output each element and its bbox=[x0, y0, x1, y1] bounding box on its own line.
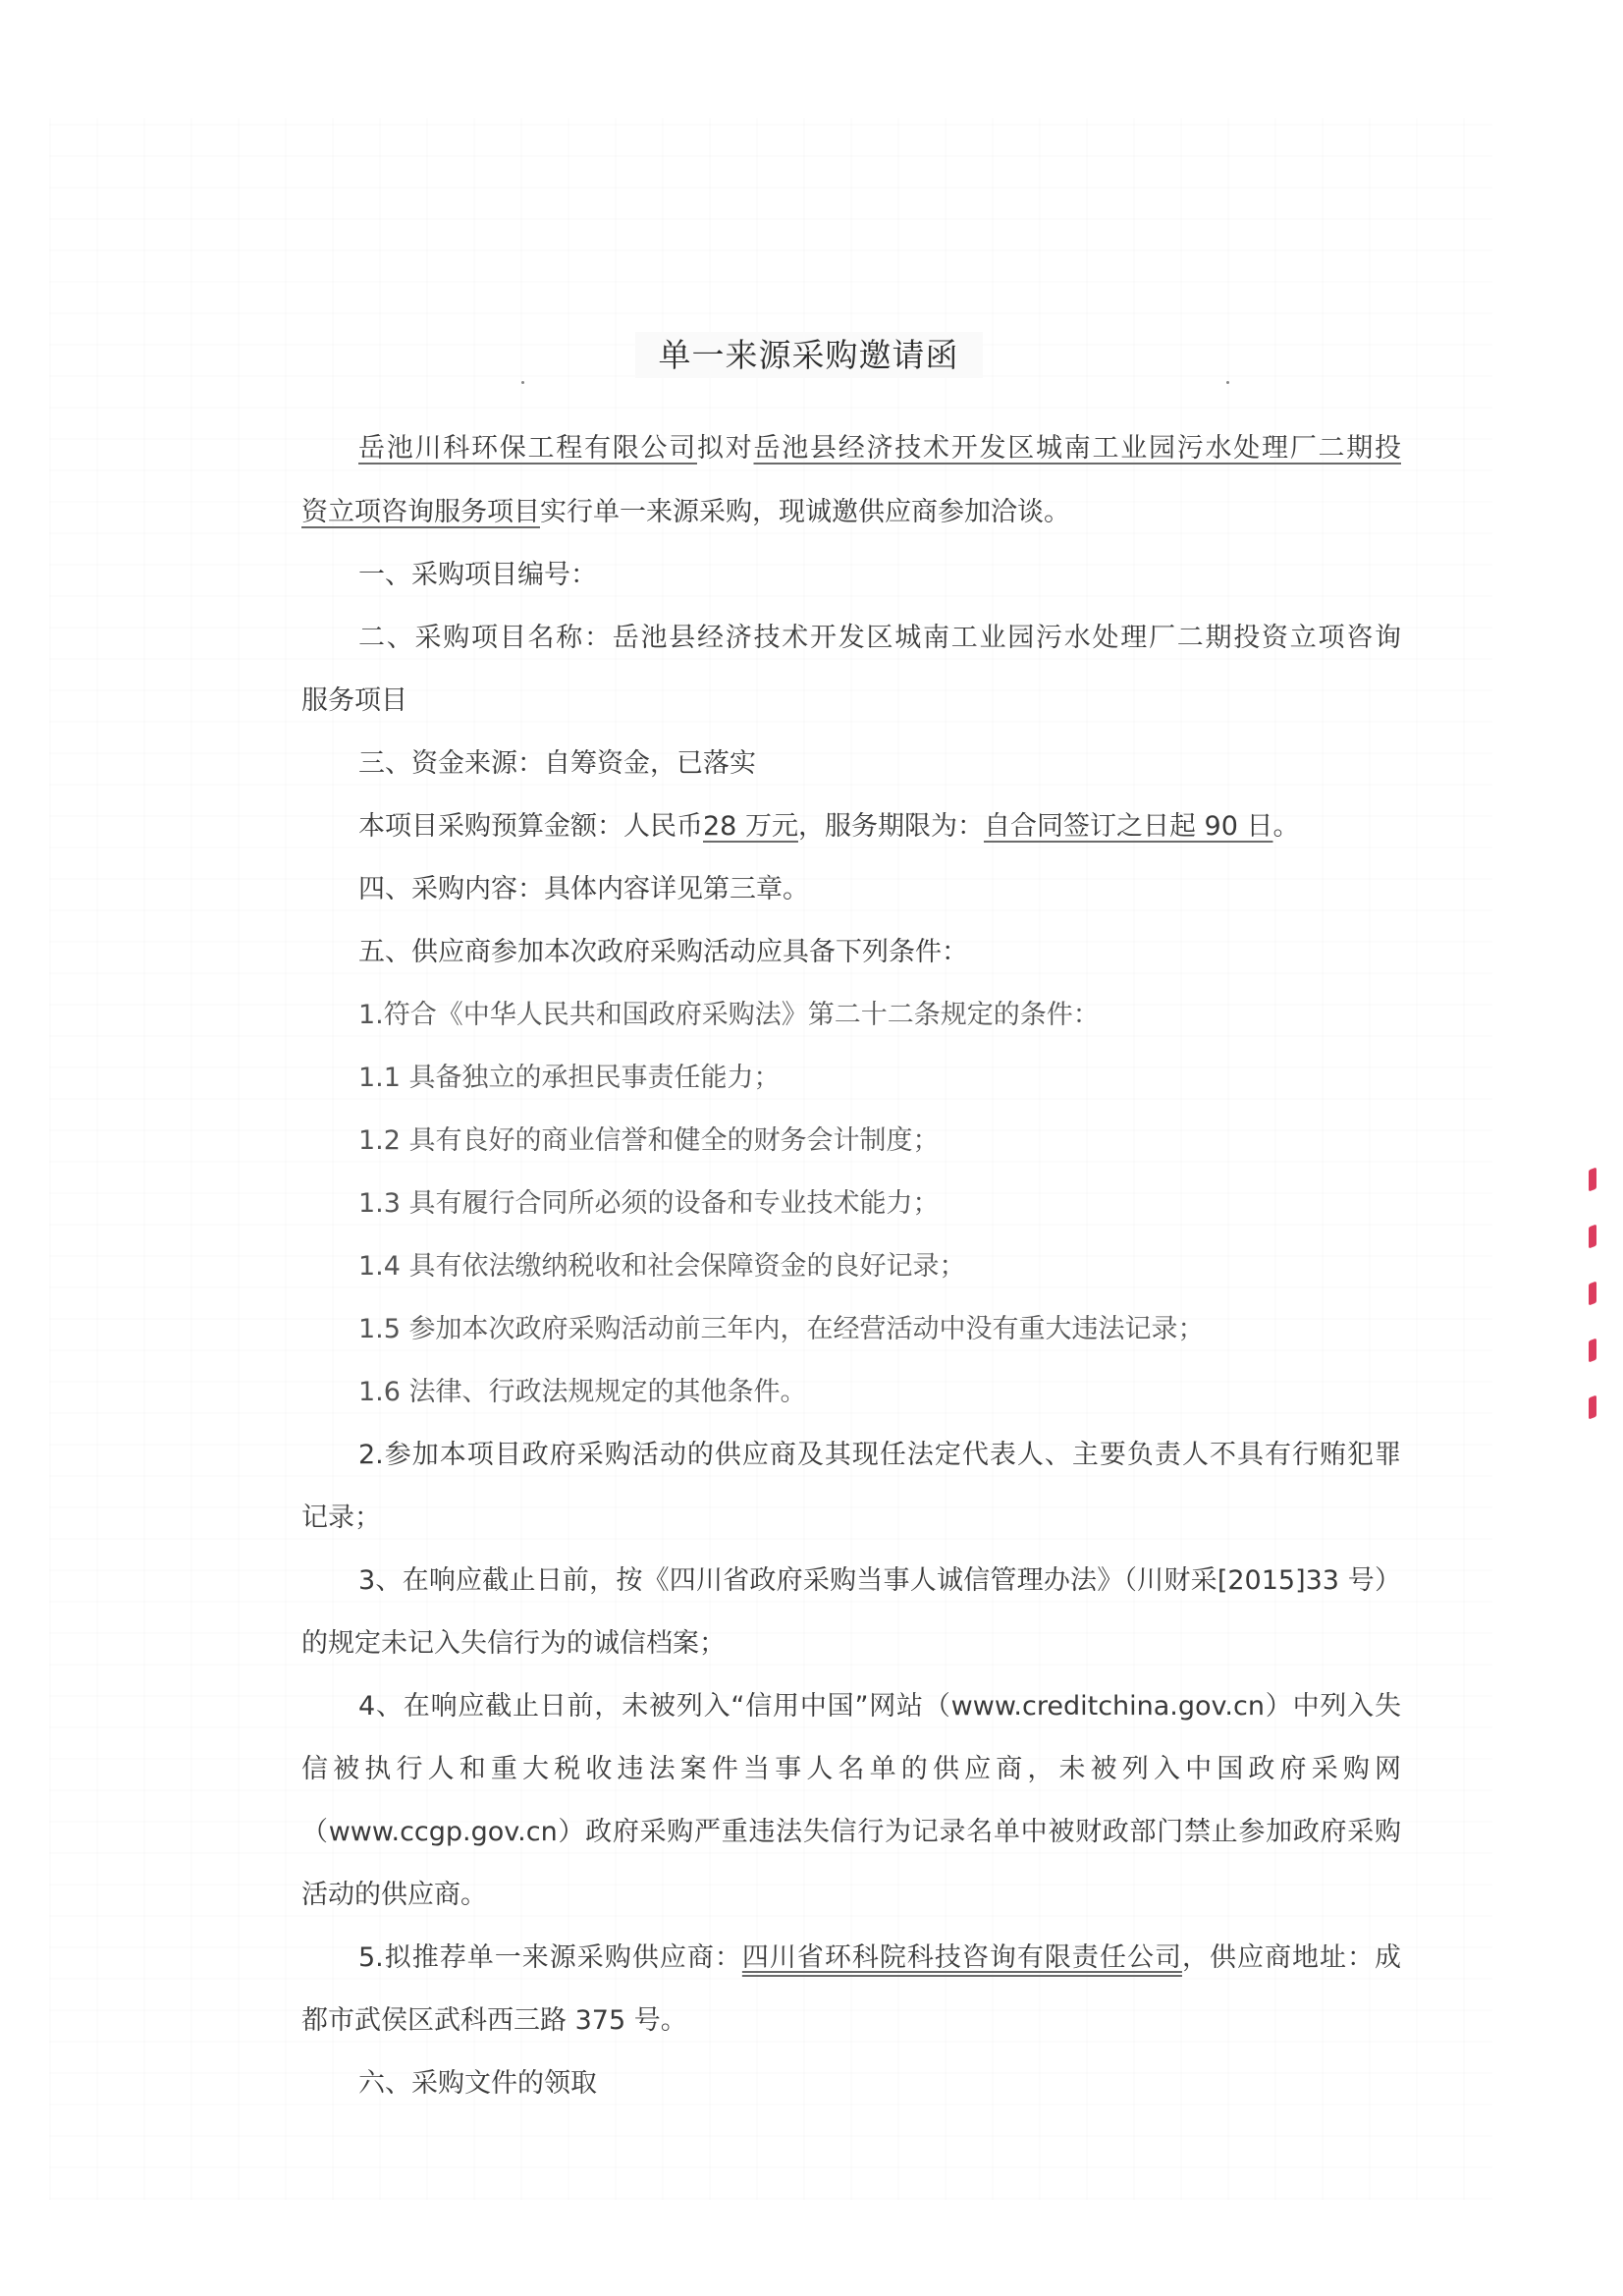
condition-4-line2: 信被执行人和重大税收违法案件当事人名单的供应商，未被列入中国政府采购网 bbox=[301, 1750, 1401, 1789]
project-name-part2: 资立项咨询服务项目 bbox=[301, 497, 540, 527]
section-1-project-number: 一、采购项目编号： bbox=[358, 556, 597, 595]
condition-4-line3: （www.ccgp.gov.cn）政府采购严重违法失信行为记录名单中被财政部门禁… bbox=[301, 1813, 1401, 1852]
section-5-conditions: 五、供应商参加本次政府采购活动应具备下列条件： bbox=[358, 933, 968, 972]
condition-1-2: 1.2 具有良好的商业信誉和健全的财务会计制度； bbox=[358, 1121, 940, 1161]
section-6-document-collection: 六、采购文件的领取 bbox=[358, 2064, 597, 2104]
condition-4-line4: 活动的供应商。 bbox=[301, 1876, 487, 1915]
condition-1-3: 1.3 具有履行合同所必须的设备和专业技术能力； bbox=[358, 1184, 940, 1224]
budget-end: 。 bbox=[1272, 811, 1299, 842]
condition-5-line2: 都市武侯区武科西三路 375 号。 bbox=[301, 2001, 687, 2041]
condition-1-1: 1.1 具备独立的承担民事责任能力； bbox=[358, 1059, 781, 1098]
condition-4-line1: 4、在响应截止日前，未被列入“信用中国”网站（www.creditchina.g… bbox=[358, 1687, 1401, 1726]
stamp-mark bbox=[1589, 1395, 1596, 1420]
seal-stamp-edge bbox=[1589, 1169, 1602, 1418]
intro-line-2: 资立项咨询服务项目实行单一来源采购，现诚邀供应商参加洽谈。 bbox=[301, 493, 1070, 532]
intro-connector: 拟对 bbox=[697, 433, 754, 464]
stamp-mark bbox=[1589, 1225, 1596, 1249]
budget-amount: 28 万元 bbox=[703, 811, 798, 842]
section-4-content: 四、采购内容：具体内容详见第三章。 bbox=[358, 870, 809, 909]
document-title: 单一来源采购邀请函 bbox=[0, 330, 1623, 376]
condition-3-line2: 的规定未记入失信行为的诚信档案； bbox=[301, 1624, 726, 1664]
condition-1-6: 1.6 法律、行政法规规定的其他条件。 bbox=[358, 1373, 807, 1412]
supplier-address-label: ，供应商地址：成 bbox=[1182, 1942, 1401, 1973]
service-period: 自合同签订之日起 90 日 bbox=[984, 811, 1273, 842]
condition-1-5: 1.5 参加本次政府采购活动前三年内，在经营活动中没有重大违法记录； bbox=[358, 1310, 1205, 1349]
intro-rest: 实行单一来源采购，现诚邀供应商参加洽谈。 bbox=[540, 497, 1070, 527]
section-3-funding: 三、资金来源：自筹资金，已落实 bbox=[358, 744, 756, 784]
section-2-project-name-line2: 服务项目 bbox=[301, 682, 407, 721]
stamp-mark bbox=[1589, 1282, 1596, 1306]
intro-line-1: 岳池川科环保工程有限公司拟对岳池县经济技术开发区城南工业园污水处理厂二期投 bbox=[358, 429, 1401, 468]
scan-dot bbox=[521, 381, 524, 384]
title-text: 单一来源采购邀请函 bbox=[635, 332, 983, 378]
condition-5-line1: 5.拟推荐单一来源采购供应商：四川省环科院科技咨询有限责任公司，供应商地址：成 bbox=[358, 1939, 1401, 1978]
stamp-mark bbox=[1589, 1339, 1596, 1363]
stamp-mark bbox=[1589, 1168, 1596, 1192]
condition-2-line2: 记录； bbox=[301, 1499, 381, 1538]
purchaser-name: 岳池川科环保工程有限公司 bbox=[358, 433, 697, 464]
condition-2-line1: 2.参加本项目政府采购活动的供应商及其现任法定代表人、主要负责人不具有行贿犯罪 bbox=[358, 1436, 1401, 1475]
supplier-name: 四川省环科院科技咨询有限责任公司 bbox=[742, 1942, 1182, 1973]
condition-1: 1.符合《中华人民共和国政府采购法》第二十二条规定的条件： bbox=[358, 996, 1100, 1035]
budget-mid: ，服务期限为： bbox=[798, 811, 984, 842]
condition-3-line1: 3、在响应截止日前，按《四川省政府采购当事人诚信管理办法》（川财采[2015]3… bbox=[358, 1561, 1401, 1601]
document-page: 单一来源采购邀请函 岳池川科环保工程有限公司拟对岳池县经济技术开发区城南工业园污… bbox=[0, 0, 1623, 2296]
budget-line: 本项目采购预算金额：人民币28 万元，服务期限为：自合同签订之日起 90 日。 bbox=[358, 807, 1299, 847]
project-name-part1: 岳池县经济技术开发区城南工业园污水处理厂二期投 bbox=[754, 433, 1402, 464]
condition-1-4: 1.4 具有依法缴纳税收和社会保障资金的良好记录； bbox=[358, 1247, 966, 1286]
scan-dot bbox=[1226, 381, 1229, 384]
supplier-prefix: 5.拟推荐单一来源采购供应商： bbox=[358, 1942, 742, 1973]
section-2-project-name-line1: 二、采购项目名称：岳池县经济技术开发区城南工业园污水处理厂二期投资立项咨询 bbox=[358, 619, 1401, 658]
budget-prefix: 本项目采购预算金额：人民币 bbox=[358, 811, 703, 842]
